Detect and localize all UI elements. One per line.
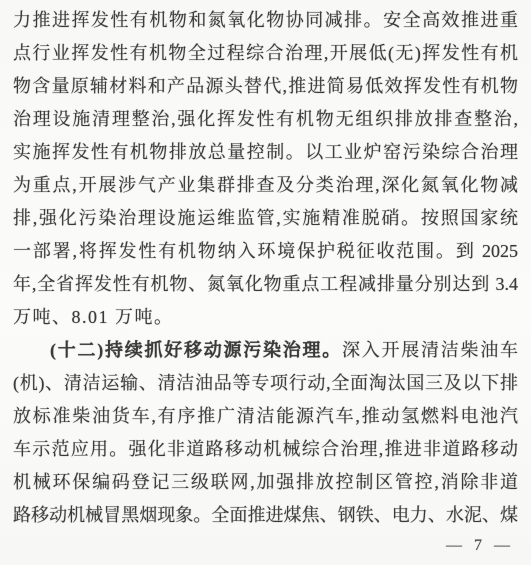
text-line: 路移动机械冒黑烟现象。全面推进煤焦、钢铁、电力、水泥、煤 xyxy=(13,499,518,532)
section-12-heading-rest: 深入开展清洁柴油车 xyxy=(342,340,518,360)
text-line: 放标准柴油货车,有序推广清洁能源汽车,推动氢燃料电池汽 xyxy=(13,400,518,433)
body-text: 力推进挥发性有机物和氮氧化物协同减排。安全高效推进重 点行业挥发性有机物全过程综… xyxy=(13,4,518,532)
text-line: 治理设施清理整治,强化挥发性有机物无组织排放排查整治, xyxy=(13,103,518,136)
paragraph-end-line: 万吨、8.01 万吨。 xyxy=(13,301,518,334)
text-line: 排,强化污染治理设施运维监管,实施精准脱硝。按照国家统 xyxy=(13,202,518,235)
page-number: — 7 — xyxy=(446,536,511,556)
text-line: 物含量原辅材料和产品源头替代,推进简易低效挥发性有机物 xyxy=(13,70,518,103)
text-line: 一部署,将挥发性有机物纳入环境保护税征收范围。到 2025 xyxy=(13,235,518,268)
text-line: 车示范应用。强化非道路移动机械综合治理,推进非道路移动 xyxy=(13,433,518,466)
text-line: 力推进挥发性有机物和氮氧化物协同减排。安全高效推进重 xyxy=(13,4,518,37)
text-line: 为重点,开展涉气产业集群排查及分类治理,深化氮氧化物减 xyxy=(13,169,518,202)
text-line: 实施挥发性有机物排放总量控制。以工业炉窑污染综合治理 xyxy=(13,136,518,169)
text-line: 点行业挥发性有机物全过程综合治理,开展低(无)挥发性有机 xyxy=(13,37,518,70)
text-line: (机)、清洁运输、清洁油品等专项行动,全面淘汰国三及以下排 xyxy=(13,367,518,400)
text-line: 年,全省挥发性有机物、氮氧化物重点工程减排量分别达到 3.4 xyxy=(13,268,518,301)
section-12-heading: (十二)持续抓好移动源污染治理。 xyxy=(50,340,342,360)
text-line: 机械环保编码登记三级联网,加强排放控制区管控,消除非道 xyxy=(13,466,518,499)
section-heading-line: (十二)持续抓好移动源污染治理。深入开展清洁柴油车 xyxy=(13,334,518,367)
document-page: 力推进挥发性有机物和氮氧化物协同减排。安全高效推进重 点行业挥发性有机物全过程综… xyxy=(0,0,531,565)
